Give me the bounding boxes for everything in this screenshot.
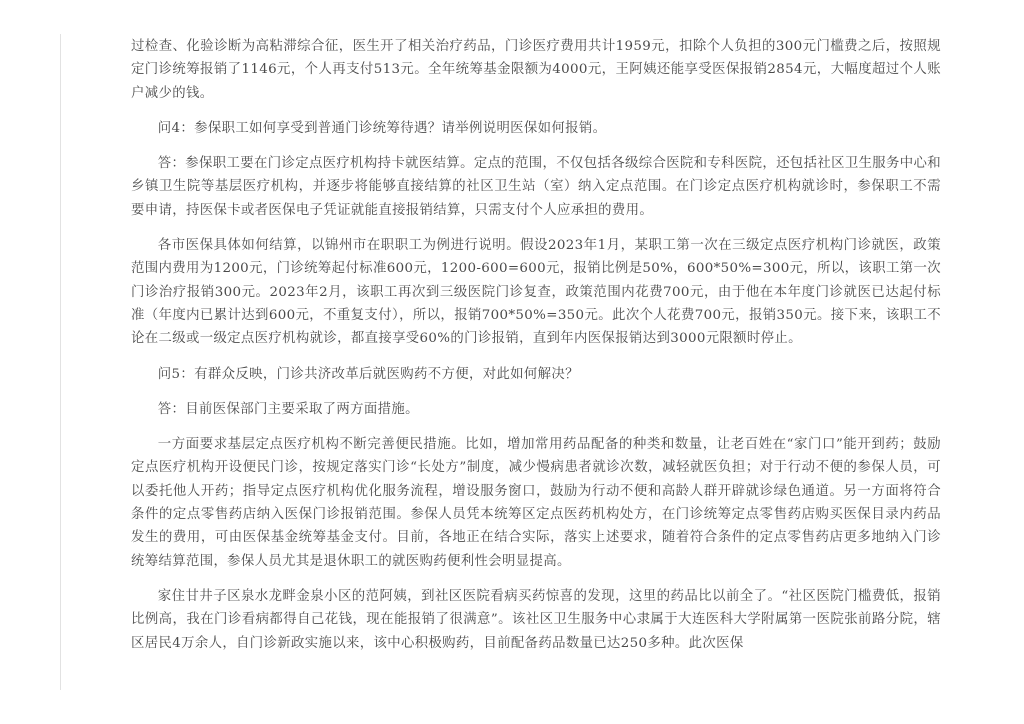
paragraph-community-example: 家住甘井子区泉水龙畔金泉小区的范阿姨，到社区医院看病买药惊喜的发现，这里的药品比…	[131, 585, 941, 655]
answer-4: 答：参保职工要在门诊定点医疗机构持卡就医结算。定点的范围，不仅包括各级综合医院和…	[131, 152, 941, 222]
paragraph-jinzhou-example: 各市医保具体如何结算，以锦州市在职职工为例进行说明。假设2023年1月，某职工第…	[131, 234, 941, 350]
page-margin-rule	[60, 34, 61, 690]
article-body: 过检查、化验诊断为高粘滞综合征，医生开了相关治疗药品，门诊医疗费用共计1959元…	[131, 35, 941, 667]
question-4: 问4：参保职工如何享受到普通门诊统筹待遇？请举例说明医保如何报销。	[131, 117, 941, 140]
paragraph-measures: 一方面要求基层定点医疗机构不断完善便民措施。比如，增加常用药品配备的种类和数量，…	[131, 433, 941, 573]
answer-5: 答：目前医保部门主要采取了两方面措施。	[131, 398, 941, 421]
question-5: 问5：有群众反映，门诊共济改革后就医购药不方便，对此如何解决？	[131, 363, 941, 386]
paragraph-case-continuation: 过检查、化验诊断为高粘滞综合征，医生开了相关治疗药品，门诊医疗费用共计1959元…	[131, 35, 941, 105]
